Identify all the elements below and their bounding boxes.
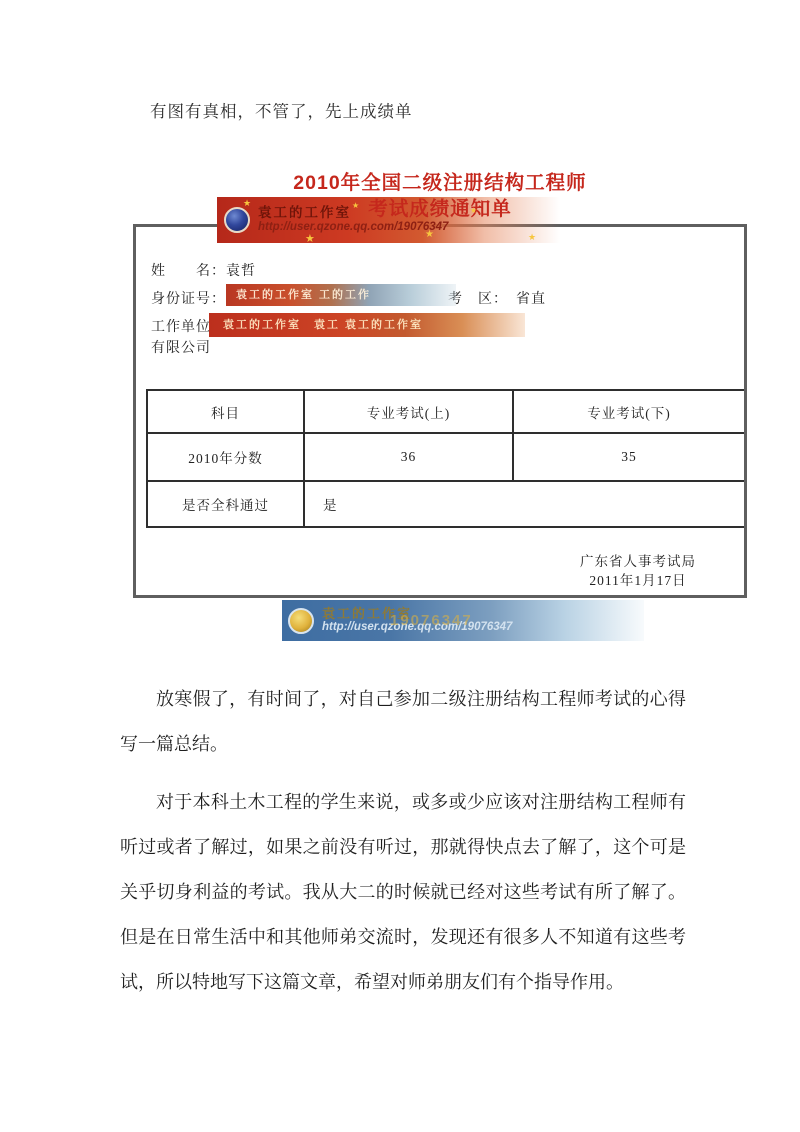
table-header-row: 科目 专业考试(上) 专业考试(下): [147, 390, 745, 433]
id-redaction-watermark: 袁工的工作室 工的工作: [226, 284, 456, 306]
name-field: 姓 名：袁哲: [151, 260, 256, 280]
id-number-field: 身份证号：4: [151, 288, 234, 308]
name-label: 姓 名：: [151, 264, 226, 279]
employer-redaction-watermark: 袁工的工作室 袁工 袁工的工作室: [209, 313, 525, 337]
issuer-name: 广东省人事考试局: [528, 552, 748, 571]
score-table-grid: 科目 专业考试(上) 专业考试(下) 2010年分数 36 35 是否全科通过 …: [146, 389, 746, 528]
id-label: 身份证号：: [151, 292, 226, 307]
issue-date: 2011年1月17日: [528, 571, 748, 590]
watermark-banner-text: 袁工的工作室 http://user.qzone.qq.com/19076347: [322, 607, 512, 634]
studio-name-label: 袁工的工作室: [322, 607, 512, 621]
score-year-label: 2010年分数: [147, 433, 304, 481]
pass-value: 是: [304, 481, 745, 527]
certificate-title-line1: 2010年全国二级注册结构工程师: [133, 170, 747, 196]
qzone-url-label: http://user.qzone.qq.com/19076347: [322, 621, 512, 634]
region-value: 省直: [516, 292, 546, 307]
pass-label: 是否全科通过: [147, 481, 304, 527]
exam-region-field: 考 区： 省直: [448, 288, 546, 308]
certificate-title: 2010年全国二级注册结构工程师 考试成绩通知单: [133, 170, 747, 222]
certificate-title-line2: 考试成绩通知单: [133, 196, 747, 222]
paragraph-advice: 对于本科土木工程的学生来说，或多或少应该对注册结构工程师有听过或者了解过，如果之…: [120, 780, 686, 1005]
score-upper-value: 36: [304, 433, 513, 481]
qzone-watermark-banner-bottom: 袁工的工作室 http://user.qzone.qq.com/19076347: [282, 600, 644, 641]
issuer-block: 广东省人事考试局 2011年1月17日: [528, 552, 748, 590]
table-row-pass: 是否全科通过 是: [147, 481, 745, 527]
table-row-scores: 2010年分数 36 35: [147, 433, 745, 481]
header-exam-lower: 专业考试(下): [513, 390, 745, 433]
intro-line: 有图有真相，不管了，先上成绩单: [150, 98, 413, 122]
score-table: 科目 专业考试(上) 专业考试(下) 2010年分数 36 35 是否全科通过 …: [146, 389, 746, 528]
header-subject: 科目: [147, 390, 304, 433]
qzone-url-label: http://user.qzone.qq.com/19076347: [258, 221, 448, 234]
name-value: 袁哲: [226, 264, 256, 279]
employer-value-line2: 有限公司: [151, 337, 211, 357]
paragraph-summary-intro: 放寒假了，有时间了，对自己参加二级注册结构工程师考试的心得写一篇总结。: [120, 677, 686, 767]
header-exam-upper: 专业考试(上): [304, 390, 513, 433]
qzone-logo-icon: [288, 608, 314, 634]
score-lower-value: 35: [513, 433, 745, 481]
